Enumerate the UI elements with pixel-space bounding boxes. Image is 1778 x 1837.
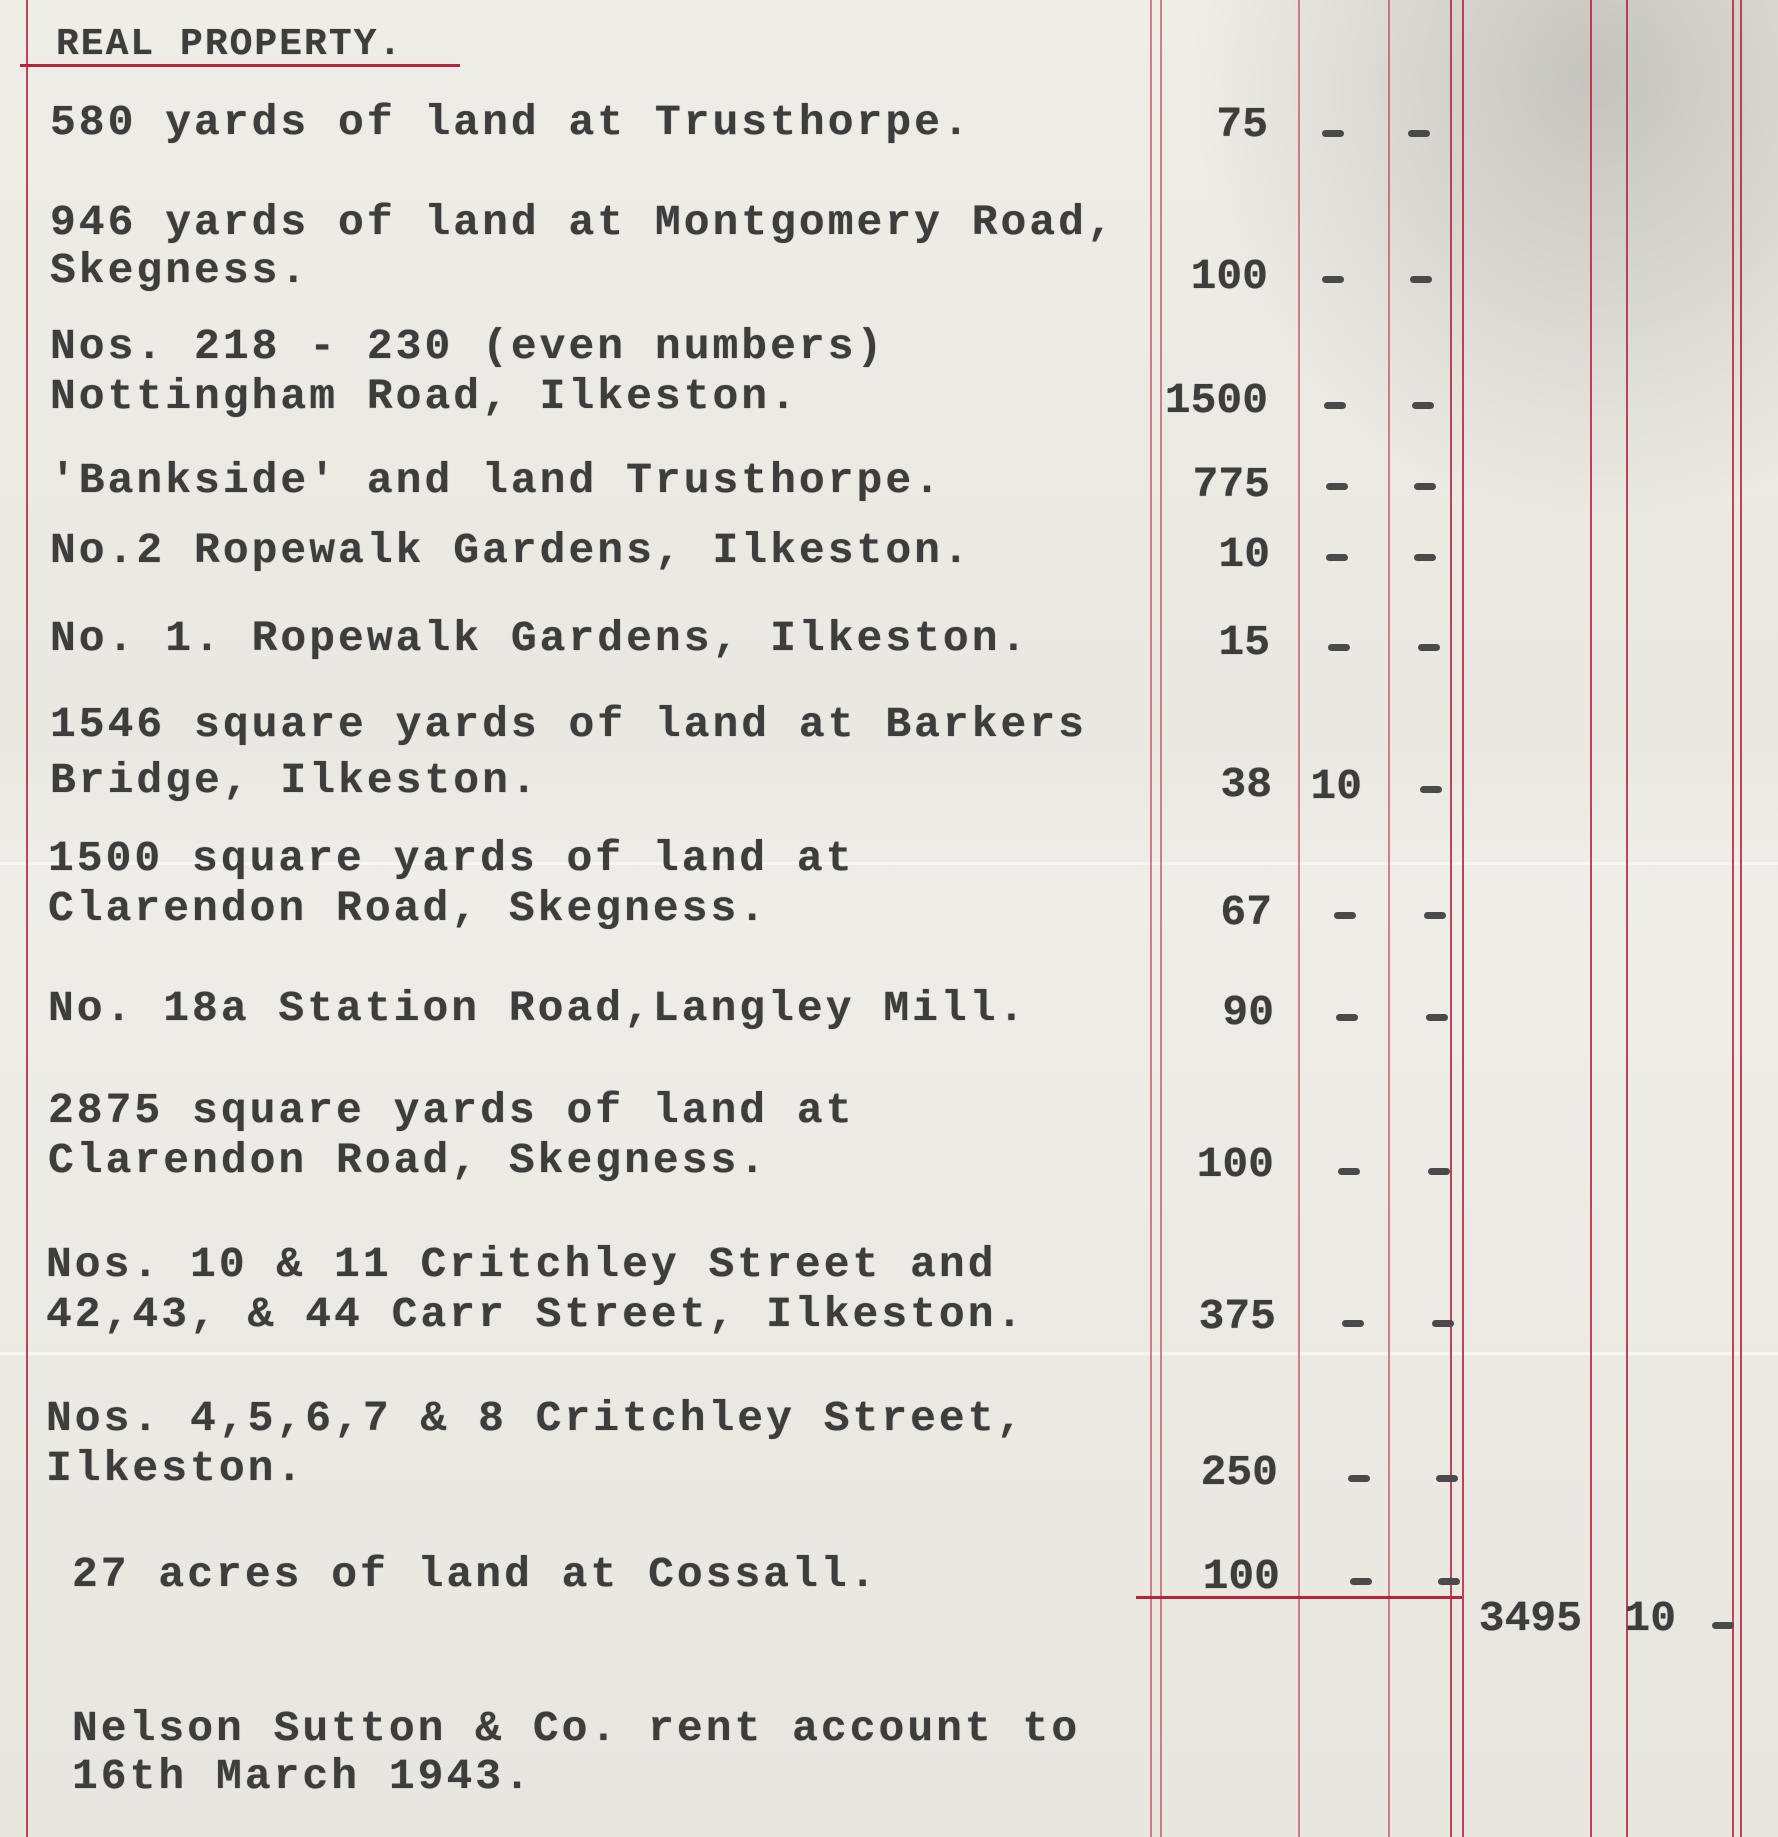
- entry-description: No. 1. Ropewalk Gardens, Ilkeston.: [50, 614, 1029, 664]
- right-margin-rule: [1740, 0, 1742, 1837]
- entry-shillings-dash: [1336, 1014, 1358, 1021]
- entry-description: 42,43, & 44 Carr Street, Ilkeston.: [46, 1290, 1025, 1340]
- right-margin-rule: [1732, 0, 1734, 1837]
- entry-pence-dash: [1426, 1014, 1448, 1021]
- entry-pence-dash: [1424, 912, 1446, 919]
- entry-pence-dash: [1412, 402, 1434, 409]
- total-shillings: 10: [1600, 1594, 1676, 1644]
- entry-pounds: 15: [1160, 618, 1270, 668]
- total-pence-rule: [1626, 0, 1628, 1837]
- total-pounds: 3495: [1466, 1594, 1582, 1644]
- total-pence-dash: [1712, 1622, 1734, 1629]
- entry-pounds: 38: [1160, 760, 1272, 810]
- entry-description: Nos. 4,5,6,7 & 8 Critchley Street,: [46, 1394, 1025, 1444]
- heading-underline: [20, 64, 460, 67]
- entry-shillings-dash: [1322, 276, 1344, 283]
- entry-description: Bridge, Ilkeston.: [50, 756, 540, 806]
- entry-description: Clarendon Road, Skegness.: [48, 1136, 768, 1186]
- entry-pounds: 375: [1160, 1292, 1276, 1342]
- entry-shillings-dash: [1328, 644, 1350, 651]
- pence-column-rule: [1388, 0, 1390, 1837]
- entry-pence-dash: [1438, 1578, 1460, 1585]
- entry-shillings-dash: [1324, 402, 1346, 409]
- entry-description: Nos. 218 - 230 (even numbers): [50, 322, 885, 372]
- entry-pounds: 67: [1160, 888, 1272, 938]
- entry-pence-dash: [1410, 276, 1432, 283]
- entry-shillings-dash: [1338, 1168, 1360, 1175]
- entry-description: 1546 square yards of land at Barkers: [50, 700, 1087, 750]
- pounds-column-rule: [1150, 0, 1152, 1837]
- entry-shillings-dash: [1350, 1578, 1372, 1585]
- entry-shillings-dash: [1342, 1320, 1364, 1327]
- entry-pounds: 90: [1160, 988, 1274, 1038]
- entry-pounds: 100: [1160, 1140, 1274, 1190]
- entry-description: Nos. 10 & 11 Critchley Street and: [46, 1240, 997, 1290]
- entry-description: Clarendon Road, Skegness.: [48, 884, 768, 934]
- entry-pence-dash: [1418, 644, 1440, 651]
- paper-fold: [0, 1352, 1778, 1355]
- entry-pounds: 250: [1160, 1448, 1278, 1498]
- entry-pence-dash: [1408, 130, 1430, 137]
- total-shillings-rule: [1590, 0, 1592, 1837]
- entry-description: 2875 square yards of land at: [48, 1086, 855, 1136]
- entry-description: 580 yards of land at Trusthorpe.: [50, 98, 972, 148]
- subtotal-column-rule: [1450, 0, 1452, 1837]
- shillings-column-rule: [1298, 0, 1300, 1837]
- entry-description: Ilkeston.: [46, 1444, 305, 1494]
- entry-pence-dash: [1414, 483, 1436, 490]
- entry-pence-dash: [1432, 1320, 1454, 1327]
- sum-rule: [1136, 1596, 1462, 1599]
- footer-entry: Nelson Sutton & Co. rent account to: [72, 1704, 1080, 1754]
- entry-pounds: 100: [1160, 1552, 1280, 1602]
- entry-description: Nottingham Road, Ilkeston.: [50, 372, 799, 422]
- entry-pounds: 775: [1160, 460, 1270, 510]
- entry-pounds: 10: [1160, 530, 1270, 580]
- entry-pounds: 75: [1160, 100, 1268, 150]
- entry-shillings-dash: [1326, 483, 1348, 490]
- entry-shillings-dash: [1348, 1475, 1370, 1482]
- left-margin-rule: [26, 0, 28, 1837]
- entry-shillings: 10: [1300, 762, 1362, 812]
- entry-description: 1500 square yards of land at: [48, 834, 855, 884]
- entry-description: Skegness.: [50, 246, 309, 296]
- entry-shillings-dash: [1334, 912, 1356, 919]
- section-heading: REAL PROPERTY.: [56, 20, 403, 70]
- entry-pence-dash: [1420, 786, 1442, 793]
- entry-pounds: 100: [1160, 252, 1268, 302]
- entry-pence-dash: [1428, 1168, 1450, 1175]
- entry-shillings-dash: [1326, 554, 1348, 561]
- entry-description: 'Bankside' and land Trusthorpe.: [50, 456, 943, 506]
- entry-description: No.2 Ropewalk Gardens, Ilkeston.: [50, 526, 972, 576]
- entry-pence-dash: [1436, 1475, 1458, 1482]
- footer-entry: 16th March 1943.: [72, 1752, 533, 1802]
- entry-shillings-dash: [1322, 130, 1344, 137]
- entry-description: No. 18a Station Road,Langley Mill.: [48, 984, 1027, 1034]
- entry-description: 27 acres of land at Cossall.: [72, 1550, 879, 1600]
- entry-description: 946 yards of land at Montgomery Road,: [50, 198, 1116, 248]
- subtotal-column-rule: [1462, 0, 1464, 1837]
- entry-pence-dash: [1414, 554, 1436, 561]
- entry-pounds: 1500: [1140, 376, 1268, 426]
